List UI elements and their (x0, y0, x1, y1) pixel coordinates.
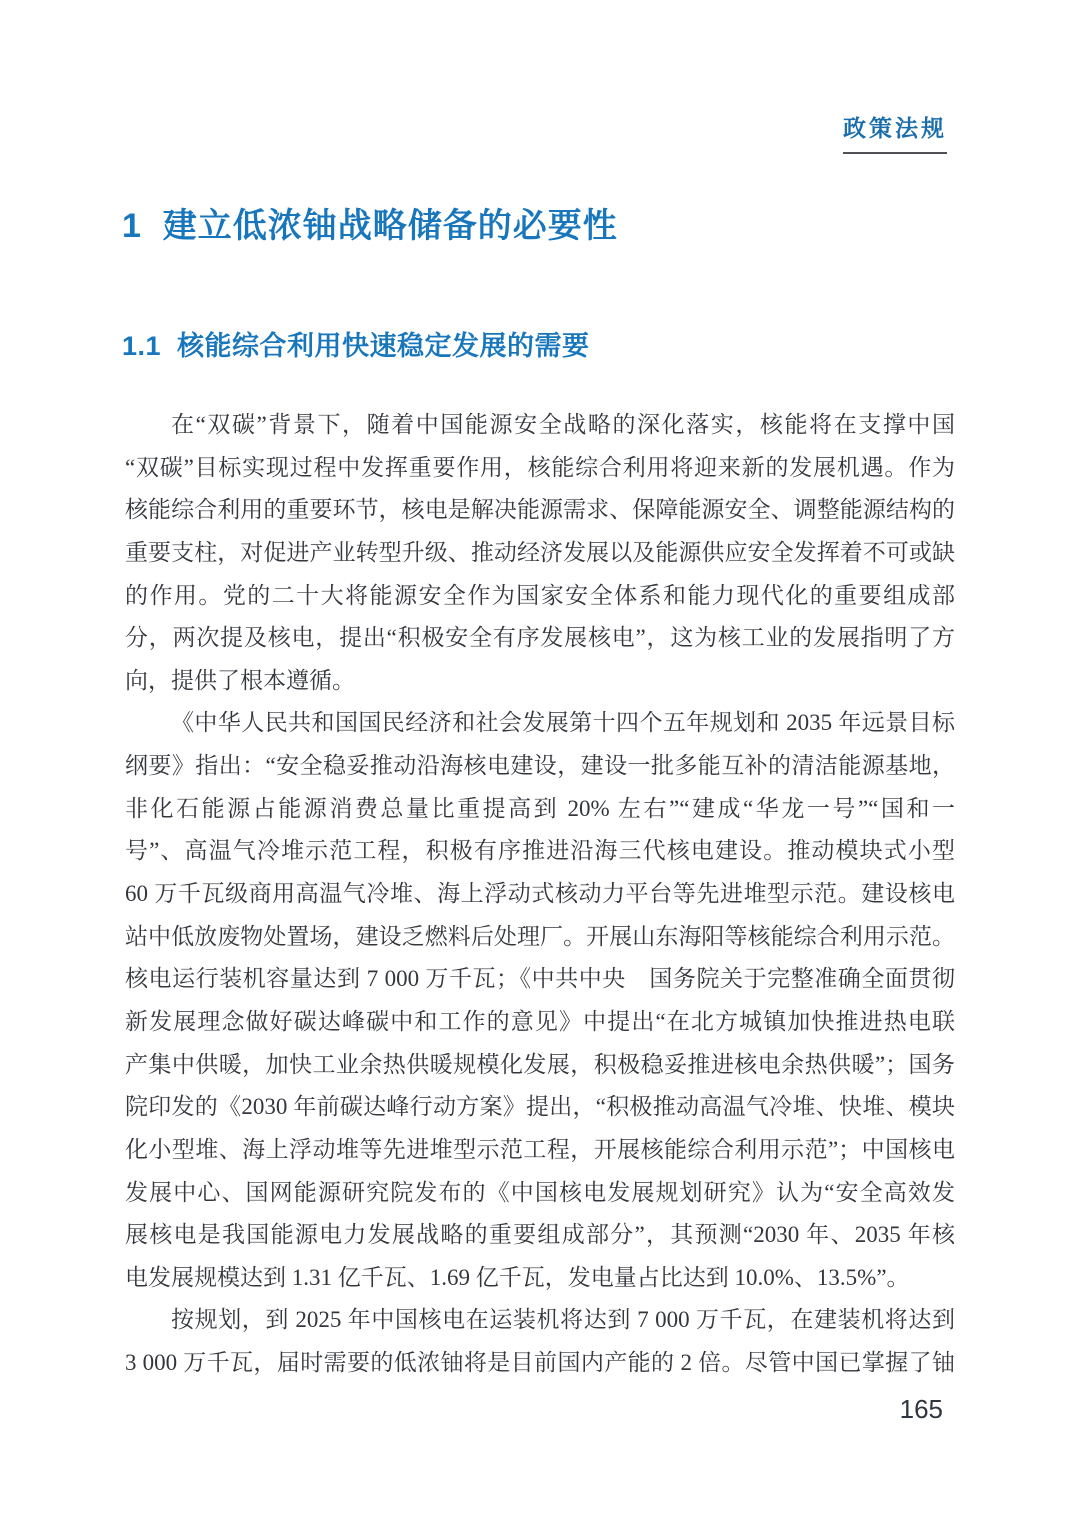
text-line: 分，两次提及核电，提出“积极安全有序发展核电”，这为核工业的发展指明了方 (125, 617, 955, 660)
text-line: 《中华人民共和国国民经济和社会发展第十四个五年规划和 2035 年远景目标 (125, 702, 955, 745)
text-line: 纲要》指出：“安全稳妥推动沿海核电建设，建设一批多能互补的清洁能源基地， (125, 745, 955, 788)
text-line: 重要支柱，对促进产业转型升级、推动经济发展以及能源供应安全发挥着不可或缺 (125, 532, 955, 575)
running-head: 政策法规 (0, 110, 947, 154)
text-line: 院印发的《2030 年前碳达峰行动方案》提出，“积极推动高温气冷堆、快堆、模块 (125, 1086, 955, 1129)
text-line: 电发展规模达到 1.31 亿千瓦、1.69 亿千瓦，发电量占比达到 10.0%、… (125, 1257, 955, 1300)
text-line: 展核电是我国能源电力发展战略的重要组成部分”，其预测“2030 年、2035 年… (125, 1214, 955, 1257)
subsection-title: 1.1 核能综合利用快速稳定发展的需要 (122, 324, 590, 363)
text-line: 核电运行装机容量达到 7 000 万千瓦；《中共中央 国务院关于完整准确全面贯彻 (125, 958, 955, 1001)
running-head-label: 政策法规 (843, 110, 947, 154)
text-line: 站中低放废物处置场，建设乏燃料后处理厂。开展山东海阳等核能综合利用示范。 (125, 916, 955, 959)
page-number: 165 (0, 1394, 943, 1425)
text-line: 产集中供暖，加快工业余热供暖规模化发展，积极稳妥推进核电余热供暖”；国务 (125, 1044, 955, 1087)
text-line: 核能综合利用的重要环节，核电是解决能源需求、保障能源安全、调整能源结构的 (125, 489, 955, 532)
text-line: 非化石能源占能源消费总量比重提高到 20% 左右”“建成“华龙一号”“国和一 (125, 788, 955, 831)
text-line: 号”、高温气冷堆示范工程，积极有序推进沿海三代核电建设。推动模块式小型堆、 (125, 830, 955, 873)
text-line: “双碳”目标实现过程中发挥重要作用，核能综合利用将迎来新的发展机遇。作为 (125, 447, 955, 490)
text-line: 按规划，到 2025 年中国核电在运装机将达到 7 000 万千瓦，在建装机将达… (125, 1299, 955, 1342)
article-body: 在“双碳”背景下，随着中国能源安全战略的深化落实，核能将在支撑中国 “双碳”目标… (125, 404, 955, 1385)
text-line: 在“双碳”背景下，随着中国能源安全战略的深化落实，核能将在支撑中国 (125, 404, 955, 447)
text-line: 60 万千瓦级商用高温气冷堆、海上浮动式核动力平台等先进堆型示范。建设核电 (125, 873, 955, 916)
text-line: 化小型堆、海上浮动堆等先进堆型示范工程，开展核能综合利用示范”；中国核电 (125, 1129, 955, 1172)
text-line: 发展中心、国网能源研究院发布的《中国核电发展规划研究》认为“安全高效发 (125, 1172, 955, 1215)
text-line: 的作用。党的二十大将能源安全作为国家安全体系和能力现代化的重要组成部 (125, 575, 955, 618)
text-line: 3 000 万千瓦，届时需要的低浓铀将是目前国内产能的 2 倍。尽管中国已掌握了… (125, 1342, 955, 1385)
section-title: 1 建立低浓铀战略储备的必要性 (122, 198, 618, 247)
text-line: 新发展理念做好碳达峰碳中和工作的意见》中提出“在北方城镇加快推进热电联 (125, 1001, 955, 1044)
text-line: 向，提供了根本遵循。 (125, 660, 955, 703)
document-page: 政策法规 1 建立低浓铀战略储备的必要性 1.1 核能综合利用快速稳定发展的需要… (0, 0, 1077, 1531)
